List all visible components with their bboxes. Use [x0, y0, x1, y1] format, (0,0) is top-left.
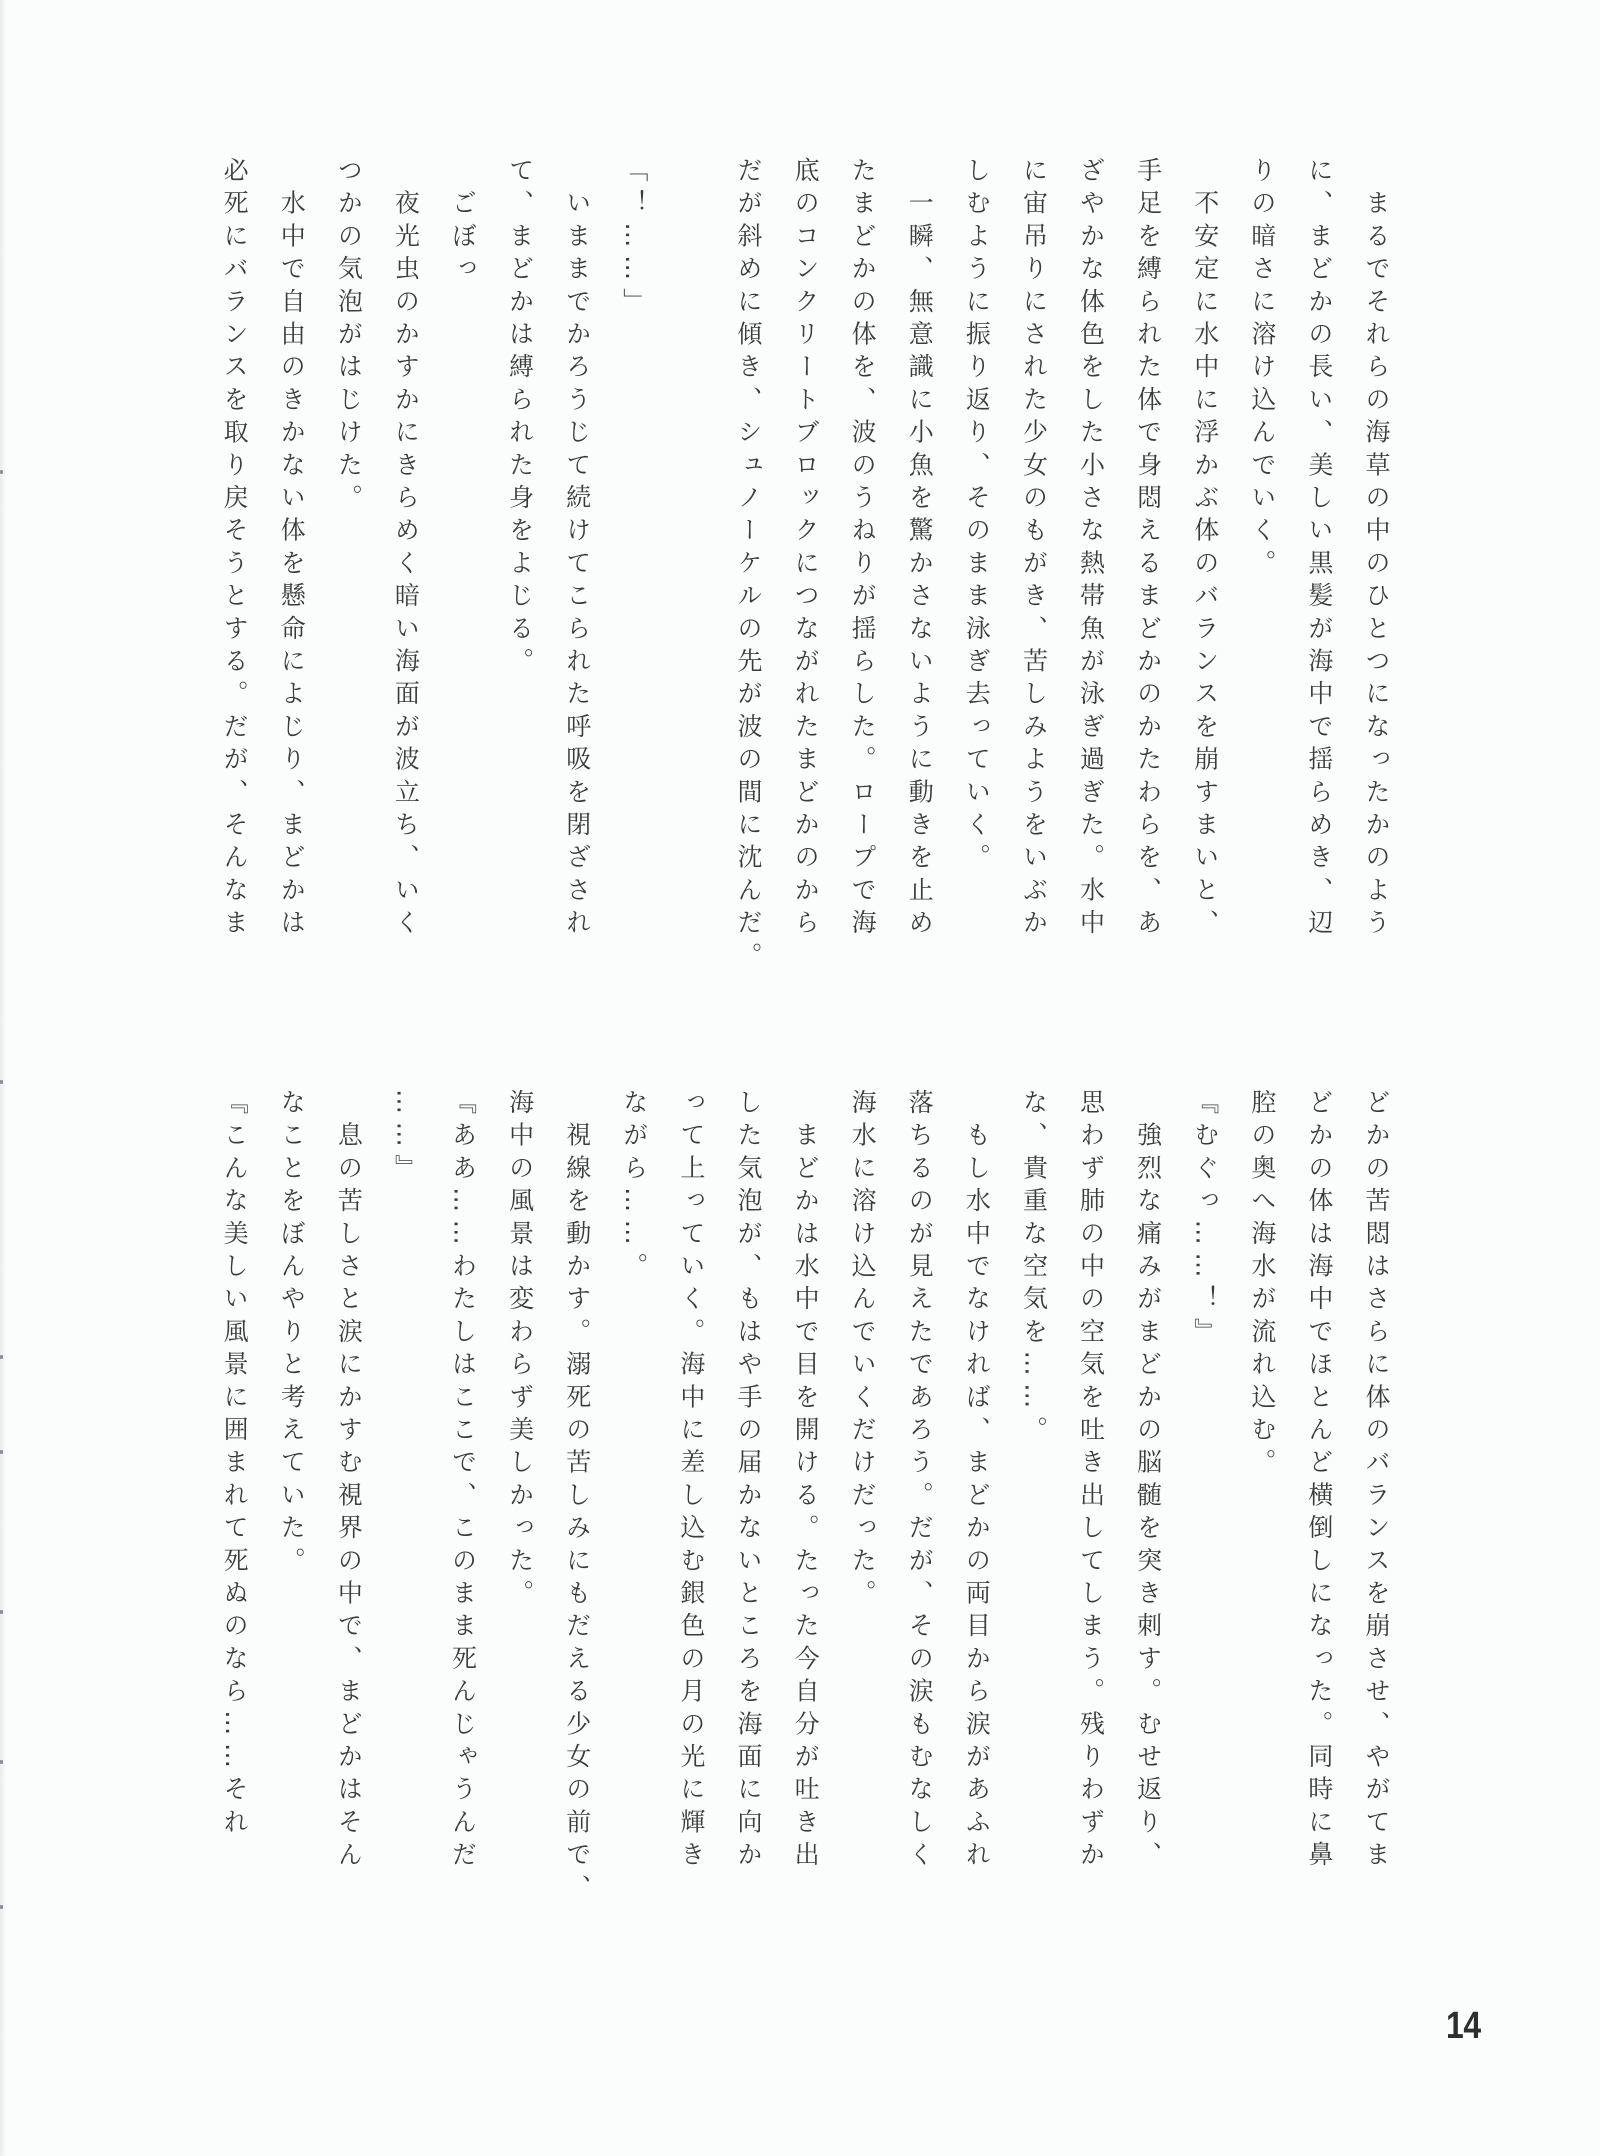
text-column: なことをぼんやりと考えていた。 [263, 1089, 320, 1889]
scan-artifact-mark [0, 1355, 3, 1359]
scan-artifact-mark [0, 1450, 3, 1454]
text-column: て、まどかは縛られた身をよじる。 [492, 157, 549, 957]
text-column: どかの苦悶はさらに体のバランスを崩させ、やがてま [1348, 1089, 1405, 1889]
scan-artifact-mark [0, 1610, 3, 1614]
scan-artifact-mark [0, 470, 3, 474]
sound-effect-column: ごぼっ [434, 157, 491, 957]
text-column: ながら……。 [606, 1089, 663, 1889]
text-column: した気泡が、もはや手の届かないところを海面に向か [720, 1089, 777, 1889]
text-column: りの暗さに溶け込んでいく。 [1234, 157, 1291, 957]
scan-artifact-mark [0, 1760, 3, 1764]
dialogue-column: 『こんな美しい風景に囲まれて死ぬのなら……それ [206, 1089, 263, 1889]
text-column: だが斜めに傾き、シュノーケルの先が波の間に沈んだ。 [720, 157, 777, 957]
text-column: に、まどかの長い、美しい黒髪が海中で揺らめき、辺 [1291, 157, 1348, 957]
text-column: 不安定に水中に浮かぶ体のバランスを崩すまいと、 [1177, 157, 1234, 957]
text-column: まるでそれらの海草の中のひとつになったかのよう [1348, 157, 1405, 957]
dialogue-column: 『むぐっ……！』 [1177, 1089, 1234, 1889]
blank-column [663, 157, 720, 957]
upper-text-block: まるでそれらの海草の中のひとつになったかのよう に、まどかの長い、美しい黒髪が海… [205, 157, 1405, 957]
dialogue-column: ……』 [377, 1089, 434, 1889]
text-column: ざやかな体色をした小さな熱帯魚が泳ぎ過ぎた。水中 [1062, 157, 1119, 957]
text-column: 強烈な痛みがまどかの脳髄を突き刺す。むせ返り、 [1120, 1089, 1177, 1889]
scan-artifact-mark [0, 1905, 3, 1909]
text-column: って上っていく。海中に差し込む銀色の月の光に輝き [663, 1089, 720, 1889]
text-column: つかの気泡がはじけた。 [320, 157, 377, 957]
text-column: な、貴重な空気を……。 [1005, 1089, 1062, 1889]
text-column: 息の苦しさと涙にかすむ視界の中で、まどかはそん [320, 1089, 377, 1889]
text-column: 海中の風景は変わらず美しかった。 [492, 1089, 549, 1889]
text-column: 手足を縛られた体で身悶えるまどかのかたわらを、あ [1120, 157, 1177, 957]
text-column: 視線を動かす。溺死の苦しみにもだえる少女の前で、 [549, 1089, 606, 1889]
scan-artifact-mark [0, 1080, 3, 1084]
text-column: 水中で自由のきかない体を懸命によじり、まどかは [263, 157, 320, 957]
text-column: 落ちるのが見えたであろう。だが、その涙もむなしく [891, 1089, 948, 1889]
text-column: 腔の奥へ海水が流れ込む。 [1234, 1089, 1291, 1889]
text-column: 夜光虫のかすかにきらめく暗い海面が波立ち、いく [377, 157, 434, 957]
text-column: に宙吊りにされた少女のもがき、苦しみようをいぶか [1005, 157, 1062, 957]
book-page: まるでそれらの海草の中のひとつになったかのよう に、まどかの長い、美しい黒髪が海… [0, 0, 1600, 2156]
text-column: 思わず肺の中の空気を吐き出してしまう。残りわずか [1062, 1089, 1119, 1889]
text-column: まどかは水中で目を開ける。たった今自分が吐き出 [777, 1089, 834, 1889]
lower-text-block: どかの苦悶はさらに体のバランスを崩させ、やがてま どかの体は海中でほとんど横倒し… [205, 1089, 1405, 1889]
binding-edge-shadow [0, 0, 6, 2156]
text-column: 一瞬、無意識に小魚を驚かさないように動きを止め [891, 157, 948, 957]
text-column: 海水に溶け込んでいくだけだった。 [834, 1089, 891, 1889]
text-column: たまどかの体を、波のうねりが揺らした。ロープで海 [834, 157, 891, 957]
text-column: しむように振り返り、そのまま泳ぎ去っていく。 [948, 157, 1005, 957]
text-column: どかの体は海中でほとんど横倒しになった。同時に鼻 [1291, 1089, 1348, 1889]
text-column: いままでかろうじて続けてこられた呼吸を閉ざされ [549, 157, 606, 957]
dialogue-column: 『ああ……わたしはここで、このまま死んじゃうんだ [434, 1089, 491, 1889]
text-column: もし水中でなければ、まどかの両目から涙があふれ [948, 1089, 1005, 1889]
dialogue-column: 「！……」 [606, 157, 663, 957]
page-number: 14 [1446, 2007, 1481, 2045]
text-column: 必死にバランスを取り戻そうとする。だが、そんなま [206, 157, 263, 957]
text-column: 底のコンクリートブロックにつながれたまどかのから [777, 157, 834, 957]
